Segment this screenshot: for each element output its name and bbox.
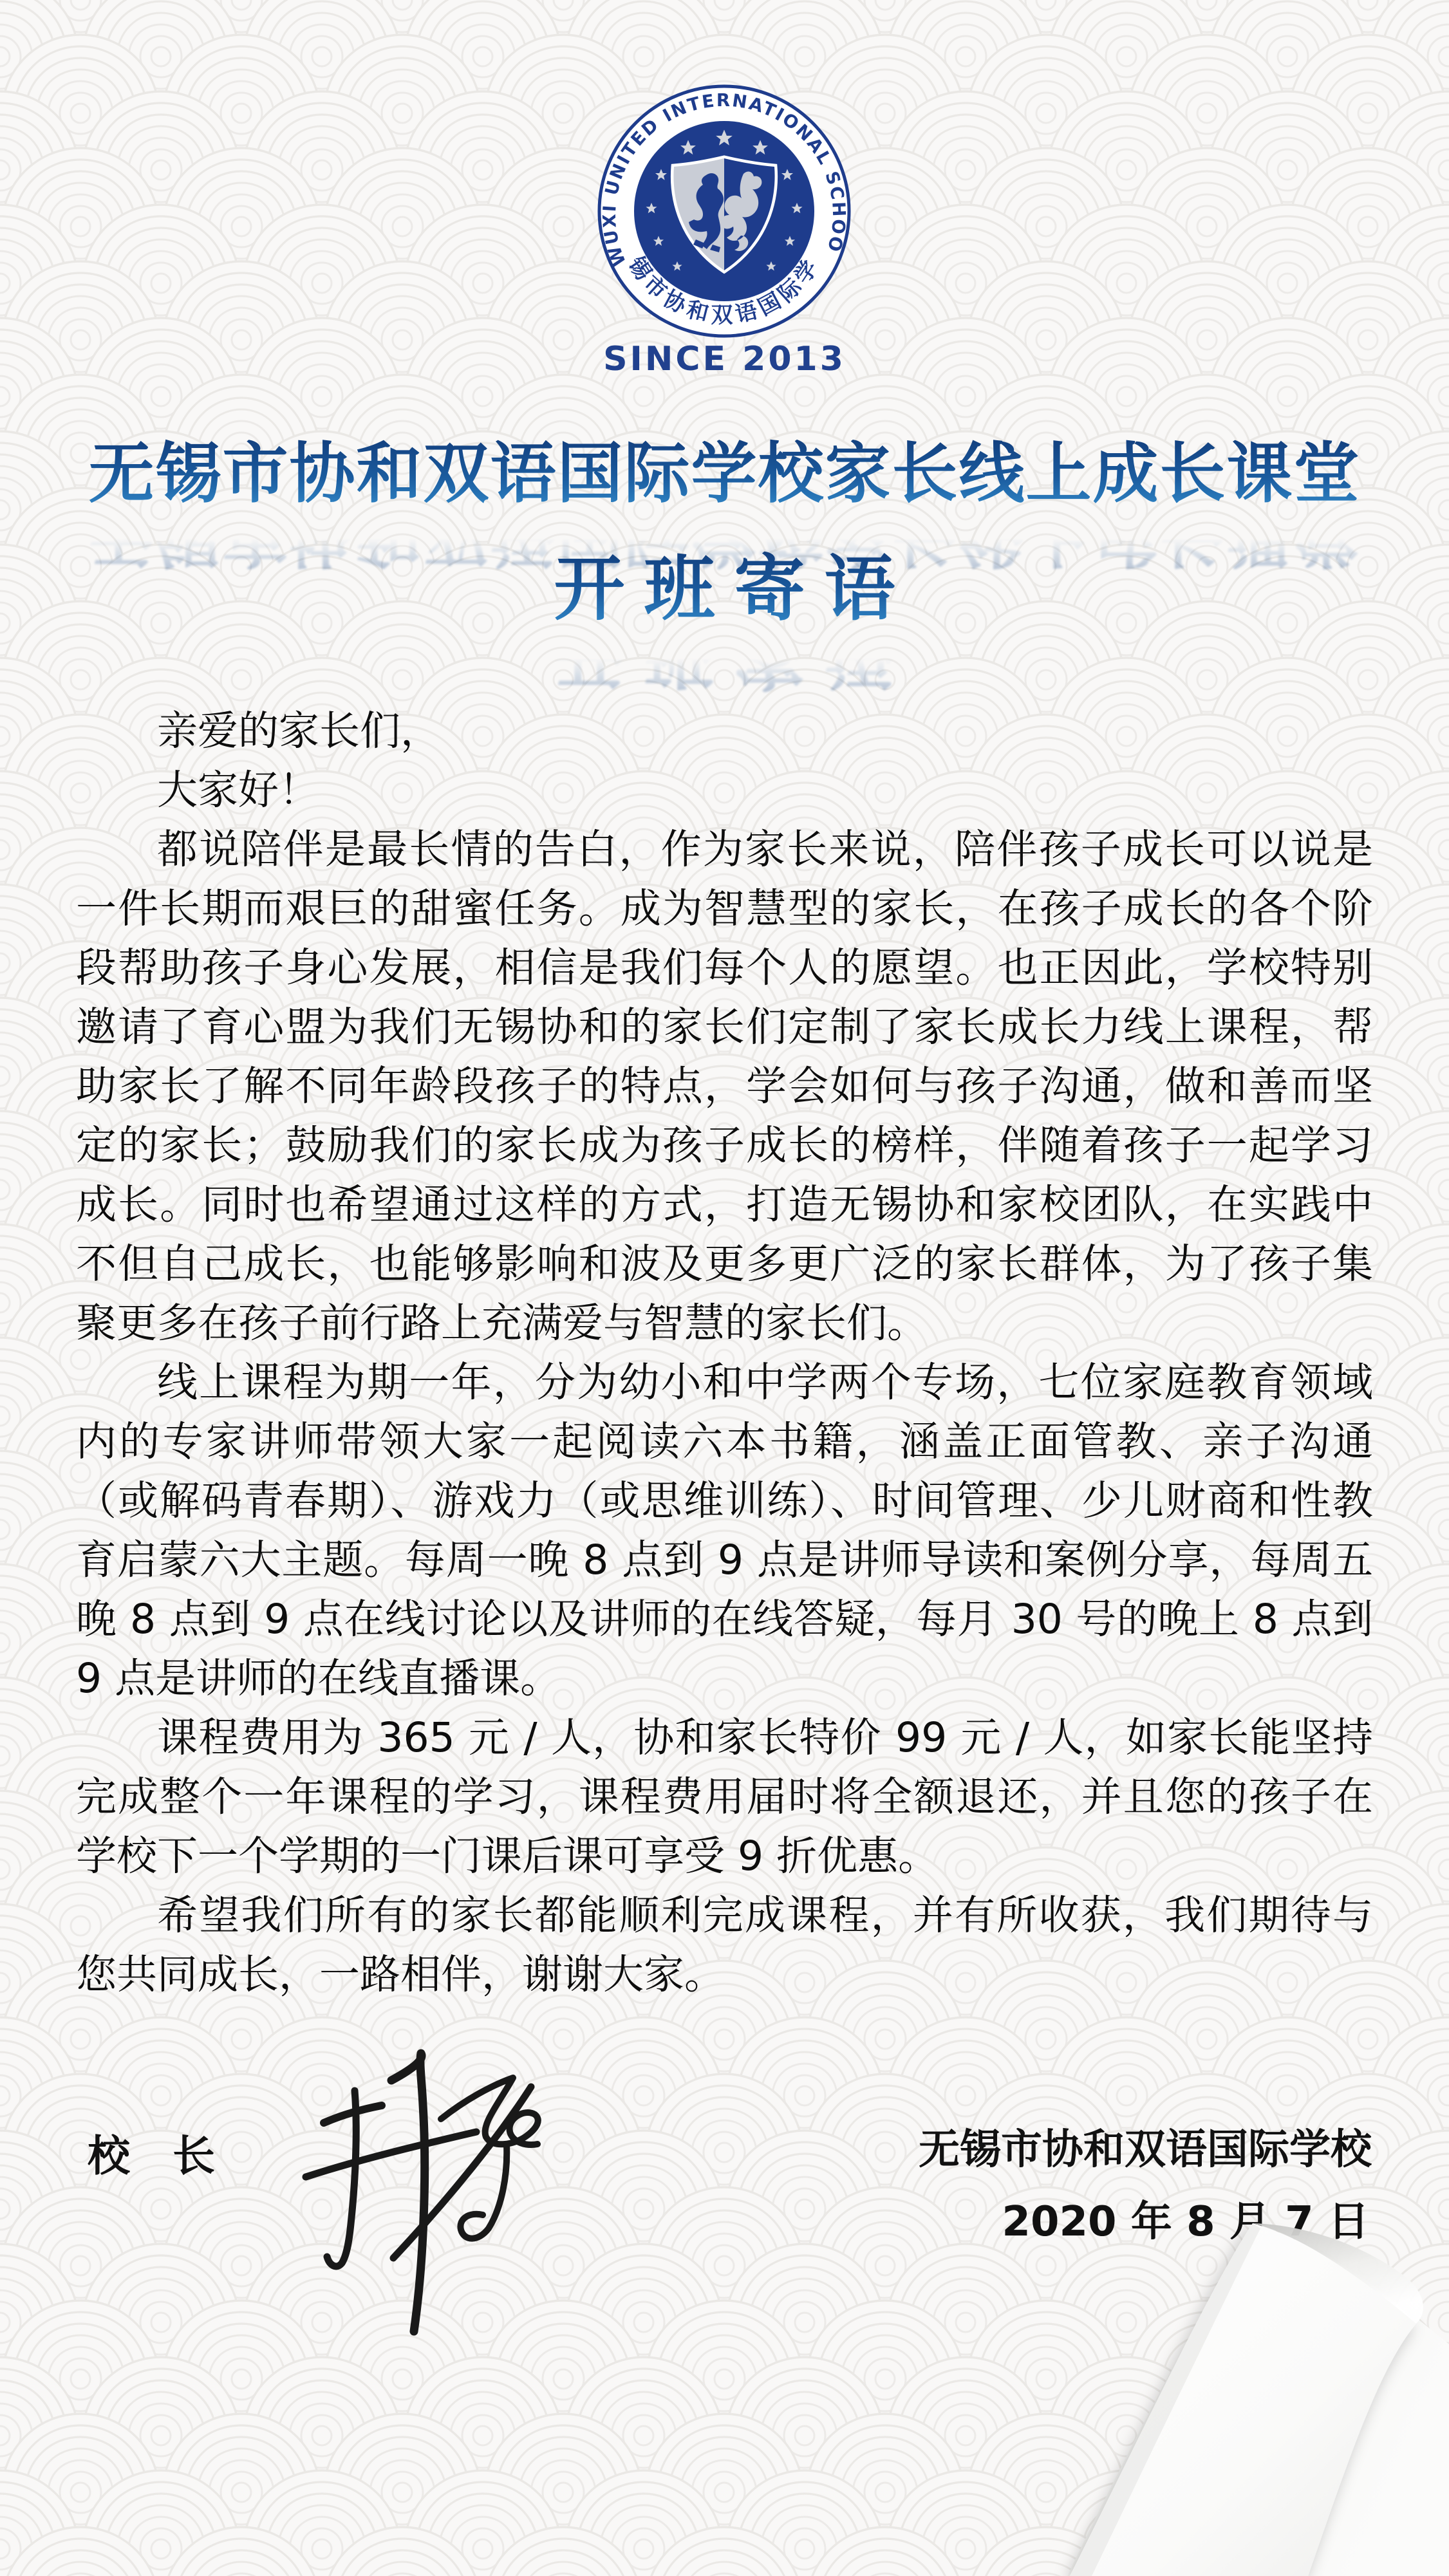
since-label: SINCE 2013	[0, 340, 1449, 378]
letter-body: 亲爱的家长们，大家好！都说陪伴是最长情的告白，作为家长来说，陪伴孩子成长可以说是…	[76, 702, 1373, 2004]
school-logo-badge: WUXI UNITED INTERNATIONAL SCHOOL 无锡市协和双语…	[595, 82, 853, 340]
letter-paragraph: 大家好！	[76, 761, 1373, 820]
subtitle-block: 开班寄语 开班寄语	[0, 548, 1449, 695]
letter-page: WUXI UNITED INTERNATIONAL SCHOOL 无锡市协和双语…	[0, 0, 1449, 2576]
letter-paragraph: 亲爱的家长们，	[76, 702, 1373, 761]
letter-paragraph: 线上课程为期一年，分为幼小和中学两个专场，七位家庭教育领域内的专家讲师带领大家一…	[76, 1353, 1373, 1708]
letter-paragraph: 课程费用为 365 元 / 人，协和家长特价 99 元 / 人，如家长能坚持完成…	[76, 1708, 1373, 1886]
letter-paragraph: 都说陪伴是最长情的告白，作为家长来说，陪伴孩子成长可以说是一件长期而艰巨的甜蜜任…	[76, 820, 1373, 1353]
principal-handwritten-signature	[229, 2028, 550, 2362]
page-subtitle-reflection: 开班寄语	[0, 614, 1449, 695]
page-curl	[998, 2156, 1449, 2576]
principal-role-label: 校 长	[88, 2122, 215, 2183]
letter-paragraph: 希望我们所有的家长都能顺利完成课程，并有所收获，我们期待与您共同成长，一路相伴，…	[76, 1886, 1373, 2004]
